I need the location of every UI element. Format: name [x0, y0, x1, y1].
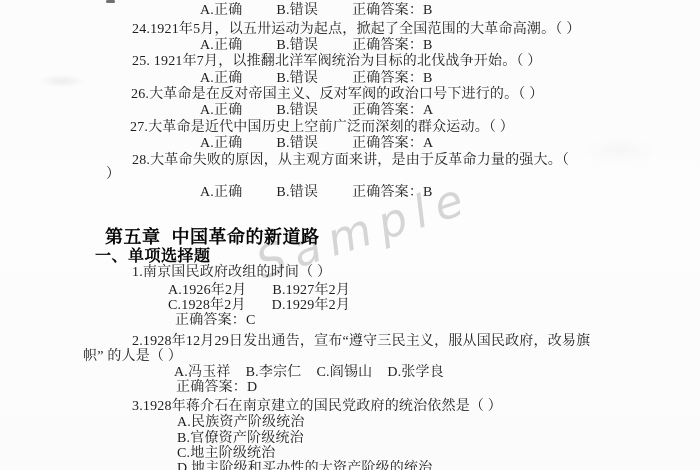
options-1-ab: A.1926年2月B.1927年2月: [168, 283, 350, 298]
option-3-b: B.官僚资产阶级统治: [177, 431, 304, 446]
line-part: A.正确: [200, 3, 242, 18]
line-part: D.1929年2月: [272, 298, 350, 313]
line-part: B.错误: [276, 103, 318, 118]
line-part: A.正确: [200, 185, 242, 200]
line-part: A.正确: [200, 136, 242, 151]
question-25: 25. 1921年7月，以推翻北洋军阀统治为目标的北伐战争开始。（ ）: [132, 54, 542, 69]
scan-artifact-speck: [106, 0, 115, 3]
line-part: A.正确: [200, 38, 242, 53]
tf-answer-26: A.正确B.错误正确答案：A: [200, 103, 433, 118]
question-28: 28.大革命失败的原因，从主观方面来讲，是由于反革命力量的强大。（: [132, 153, 569, 168]
option-3-c: C.地主阶级统治: [177, 446, 275, 461]
answer-2: 正确答案：D: [176, 380, 257, 395]
question-2: 2.1928年12月29日发出通告，宣布“遵守三民主义，服从国民政府，改易旗: [132, 334, 590, 349]
line-part: 正确答案：A: [352, 103, 433, 118]
tf-answer-23: A.正确B.错误正确答案：B: [200, 3, 433, 18]
line-part: B.错误: [276, 136, 318, 151]
line-part: D.张学良: [387, 365, 444, 380]
option-3-a: A.民族资产阶级统治: [177, 415, 305, 430]
options-2: A.冯玉祥B.李宗仁C.阎锡山D.张学良: [174, 365, 444, 380]
line-part: A.冯玉祥: [174, 365, 231, 380]
line-part: A.正确: [200, 71, 242, 86]
option-3-d: D.地主阶级和买办性的大资产阶级的统治: [177, 461, 432, 470]
tf-answer-28: A.正确B.错误正确答案：B: [200, 185, 433, 200]
line-part: 正确答案：B: [352, 185, 433, 200]
line-part: B.1927年2月: [272, 283, 350, 298]
question-1: 1.南京国民政府改组的时间（ ）: [132, 265, 331, 280]
tf-answer-25: A.正确B.错误正确答案：B: [200, 71, 433, 86]
question-24: 24.1921年5月，以五卅运动为起点，掀起了全国范围的大革命高潮。（ ）: [132, 22, 580, 37]
question-26: 26.大革命是在反对帝国主义、反对军阀的政治口号下进行的。（ ）: [131, 87, 543, 102]
line-part: B.错误: [276, 3, 318, 18]
line-part: A.1926年2月: [168, 283, 246, 298]
question-28-wrap: ）: [106, 167, 120, 182]
line-part: 正确答案：B: [352, 71, 433, 86]
answer-1: 正确答案：C: [175, 313, 256, 328]
line-part: B.错误: [276, 185, 318, 200]
line-part: C.1928年2月: [168, 298, 246, 313]
question-2-wrap: 帜” 的人是（ ）: [83, 349, 182, 364]
line-part: A.正确: [200, 103, 242, 118]
chapter-heading: 第五章 中国革命的新道路: [105, 227, 320, 247]
line-part: B.错误: [276, 38, 318, 53]
line-part: 正确答案：A: [352, 136, 433, 151]
line-part: B.错误: [276, 71, 318, 86]
scanned-document-page: Sample A.正确B.错误正确答案：B24.1921年5月，以五卅运动为起点…: [0, 0, 700, 470]
line-part: 正确答案：B: [352, 38, 433, 53]
tf-answer-24: A.正确B.错误正确答案：B: [200, 38, 433, 53]
tf-answer-27: A.正确B.错误正确答案：A: [200, 136, 433, 151]
section-heading: 一、单项选择题: [95, 248, 211, 266]
question-27: 27.大革命是近代中国历史上空前广泛而深刻的群众运动。（ ）: [130, 120, 514, 135]
question-3: 3.1928年蒋介石在南京建立的国民党政府的统治依然是（ ）: [132, 399, 502, 414]
line-part: B.李宗仁: [246, 365, 302, 380]
line-part: 正确答案：B: [352, 3, 433, 18]
options-1-cd: C.1928年2月D.1929年2月: [168, 298, 350, 313]
line-part: C.阎锡山: [316, 365, 372, 380]
